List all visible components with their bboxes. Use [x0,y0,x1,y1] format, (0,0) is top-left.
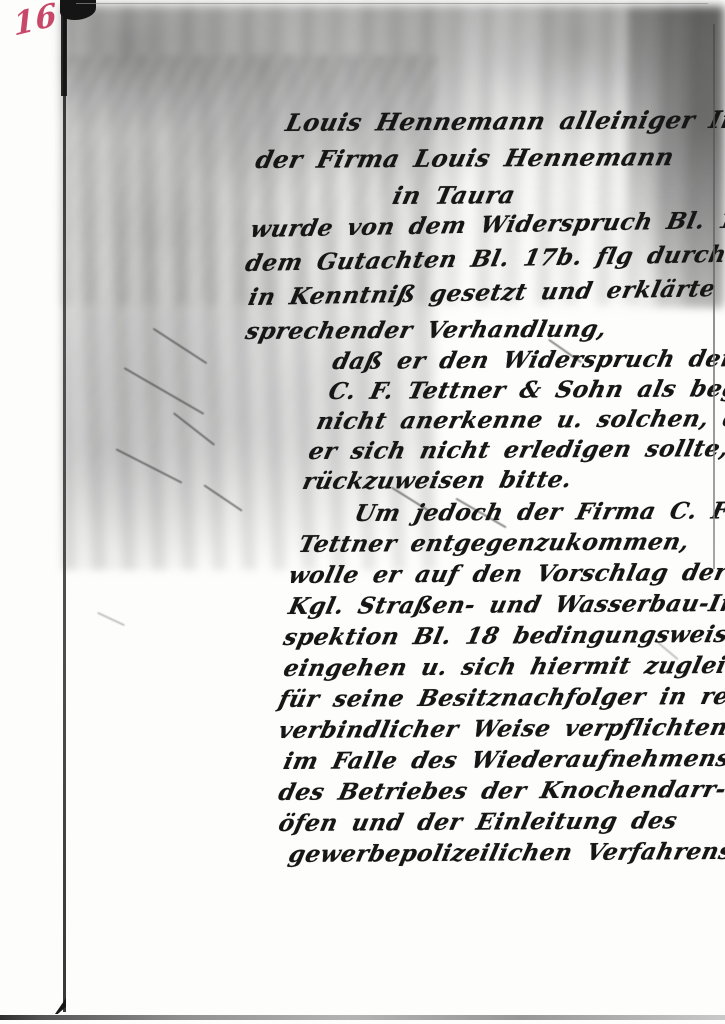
scan-top-hairline [76,3,708,4]
scratch-mark [173,412,215,446]
handwritten-line: für seine Besitznachfolger in rechts- [276,682,725,713]
handwritten-line: daß er den Widerspruch der Firma [330,345,725,375]
handwritten-line: Louis Hennemann alleiniger Inhaber [283,104,725,137]
handwritten-line: eingehen u. sich hiermit zugleich [281,652,725,682]
scratch-mark [116,448,183,483]
handwritten-line: C. F. Tettner & Sohn als begründet [326,375,725,405]
scanned-document-page: 16 Louis Hennemann alleiniger Inhaber de… [0,0,725,1024]
handwritten-line: wurde von dem Widerspruch Bl. 16 flg und [248,204,725,243]
handwritten-line: rückzuweisen bitte. [300,466,575,495]
handwritten-line: in Taura [390,180,518,210]
scratch-mark [124,367,205,415]
handwritten-line: Kgl. Straßen- und Wasserbau-In- [286,590,725,620]
scratch-mark [203,484,242,511]
scan-bottom-edge-bar [0,1015,725,1020]
handwritten-line: der Firma Louis Hennemann [253,142,677,174]
handwritten-line: verbindlicher Weise verpflichten, [276,714,725,744]
scratch-mark [153,328,208,365]
scratch-mark [97,612,125,626]
handwritten-line: spektion Bl. 18 bedingungsweise [281,621,725,651]
handwritten-line: des Betriebes der Knochendarr- [276,776,725,806]
handwritten-line: öfen und der Einleitung des [276,807,680,837]
handwritten-line: sprechender Verhandlung, [243,315,610,345]
page-right-edge-line [713,24,715,569]
page-number-annotation: 16 [12,0,58,44]
handwritten-line: in Kenntniß gesetzt und erklärte nach en… [246,272,725,311]
handwritten-line: Tettner entgegenzukommen, [296,528,692,558]
handwritten-line: gewerbepolizeilichen Verfahrens [286,838,725,868]
handwritten-line: wolle er auf den Vorschlag der [286,559,725,589]
handwritten-line: nicht anerkenne u. solchen, dafern [314,405,725,435]
handwritten-line: er sich nicht erledigen sollte, zu- [306,435,725,465]
page-left-edge-line [63,0,66,1012]
handwritten-line: dem Gutachten Bl. 17b. flg durch Vorlese… [243,238,725,277]
handwritten-line: im Falle des Wiederaufnehmens [281,745,725,775]
handwritten-line: Um jedoch der Firma C. F. [352,497,725,527]
